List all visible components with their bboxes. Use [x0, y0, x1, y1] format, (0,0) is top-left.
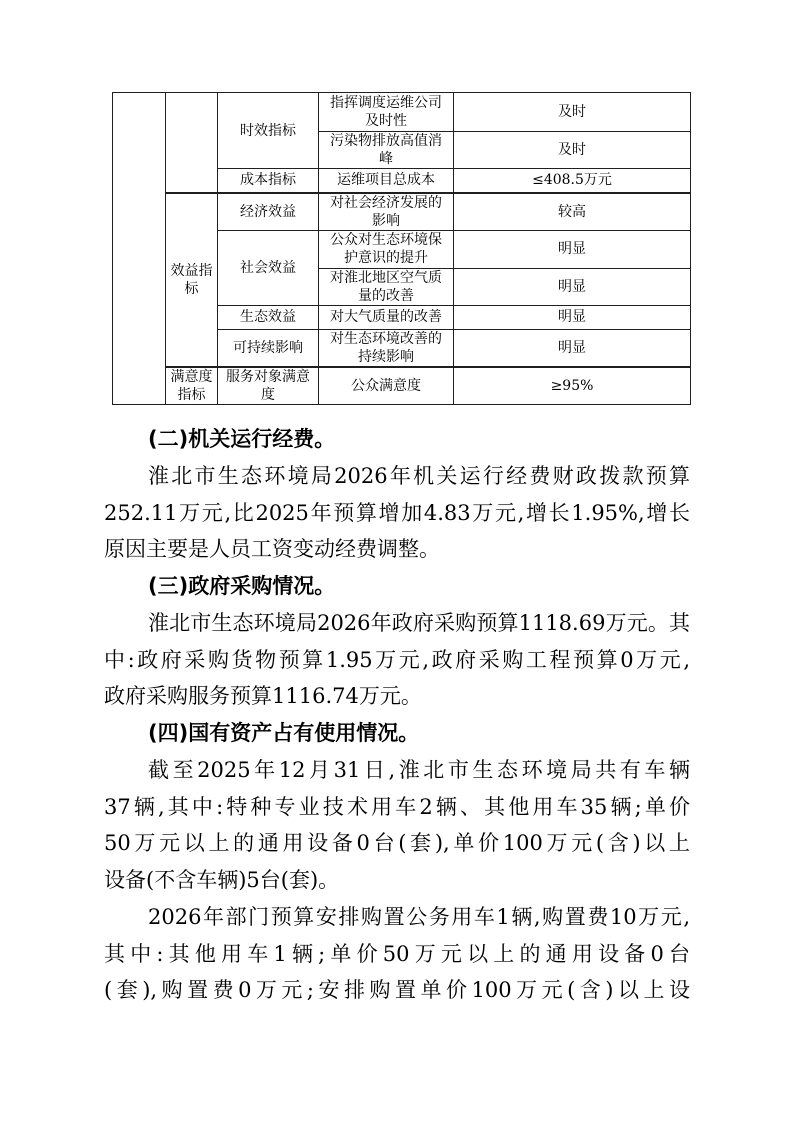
text-line: 50万元以上的通用设备0台(套),单价100万元(含)以上	[104, 825, 690, 862]
section-heading-state-owned-assets: (四)国有资产占有使用情况。	[104, 715, 690, 752]
text-line: 截至2025年12月31日,淮北市生态环境局共有车辆	[104, 752, 690, 789]
text-line: 中:政府采购货物预算1.95万元,政府采购工程预算0万元,	[104, 642, 690, 679]
table-cell-indicator-name: 对淮北地区空气质 量的改善	[319, 268, 454, 305]
table-cell-indicator-name: 指挥调度运维公司 及时性	[319, 93, 454, 132]
text-line: 37辆,其中:特种专业技术用车2辆、其他用车35辆;单价	[104, 789, 690, 826]
text-line: 设备(不含车辆)5台(套)。	[104, 862, 690, 899]
text-line: (套),购置费0万元;安排购置单价100万元(含)以上设	[104, 972, 690, 1009]
text-line: 其中:其他用车1辆;单价50万元以上的通用设备0台	[104, 936, 690, 973]
table-cell-economic-benefit: 经济效益	[218, 193, 319, 231]
table-cell-indicator-value: 明显	[454, 329, 691, 367]
table-cell-indicator-value: ≤408.5万元	[454, 169, 691, 193]
table-cell-cost-group: 成本指标	[218, 169, 319, 193]
table-cell-timeliness-group: 时效指标	[218, 93, 319, 169]
section-heading-agency-operating-funds: (二)机关运行经费。	[104, 421, 690, 458]
text-line: 2026年部门预算安排购置公务用车1辆,购置费10万元,	[104, 899, 690, 936]
document-page: 时效指标 指挥调度运维公司 及时性 及时 污染物排放高值消 峰 及时 成本指标 …	[0, 0, 793, 1122]
table-cell-indicator-name: 公众对生态环境保 护意识的提升	[319, 230, 454, 268]
text-line: 淮北市生态环境局2026年政府采购预算1118.69万元。其	[104, 605, 690, 642]
table-cell-indicator-name: 对生态环境改善的 持续影响	[319, 329, 454, 367]
performance-indicator-table: 时效指标 指挥调度运维公司 及时性 及时 污染物排放高值消 峰 及时 成本指标 …	[112, 92, 691, 405]
table-cell-indicator-name: 污染物排放高值消 峰	[319, 132, 454, 169]
table-cell-indicator-name: 对大气质量的改善	[319, 305, 454, 329]
text-line: 原因主要是人员工资变动经费调整。	[104, 531, 690, 568]
text-line: 252.11万元,比2025年预算增加4.83万元,增长1.95%,增长	[104, 495, 690, 532]
table-cell-satisfaction: 服务对象满意度	[218, 367, 319, 405]
table-cell-indicator-value: 及时	[454, 93, 691, 132]
table-cell-satisfaction-group: 满意度 指标	[166, 367, 218, 405]
body-text: (二)机关运行经费。 淮北市生态环境局2026年机关运行经费财政拨款预算 252…	[104, 421, 690, 1009]
text-line: 淮北市生态环境局2026年机关运行经费财政拨款预算	[104, 458, 690, 495]
table-cell-indicator-value: 明显	[454, 305, 691, 329]
table-cell-indicator-value: 及时	[454, 132, 691, 169]
table-cell-indicator-name: 对社会经济发展的 影响	[319, 193, 454, 231]
table-cell-social-benefit: 社会效益	[218, 230, 319, 305]
table-cell-indicator-name: 运维项目总成本	[319, 169, 454, 193]
table-cell-indicator-value: 明显	[454, 268, 691, 305]
table-cell-indicator-value: ≥95%	[454, 367, 691, 405]
table-cell-category-blank	[113, 93, 166, 405]
table-cell-indicator-value: 明显	[454, 230, 691, 268]
table-cell-group-blank	[166, 93, 218, 193]
table-cell-eco-benefit: 生态效益	[218, 305, 319, 329]
table-cell-indicator-name: 公众满意度	[319, 367, 454, 405]
table-cell-benefit-group: 效益指 标	[166, 193, 218, 368]
text-line: 政府采购服务预算1116.74万元。	[104, 678, 690, 715]
table-cell-sustainability: 可持续影响	[218, 329, 319, 367]
section-heading-government-procurement: (三)政府采购情况。	[104, 568, 690, 605]
table-cell-indicator-value: 较高	[454, 193, 691, 231]
